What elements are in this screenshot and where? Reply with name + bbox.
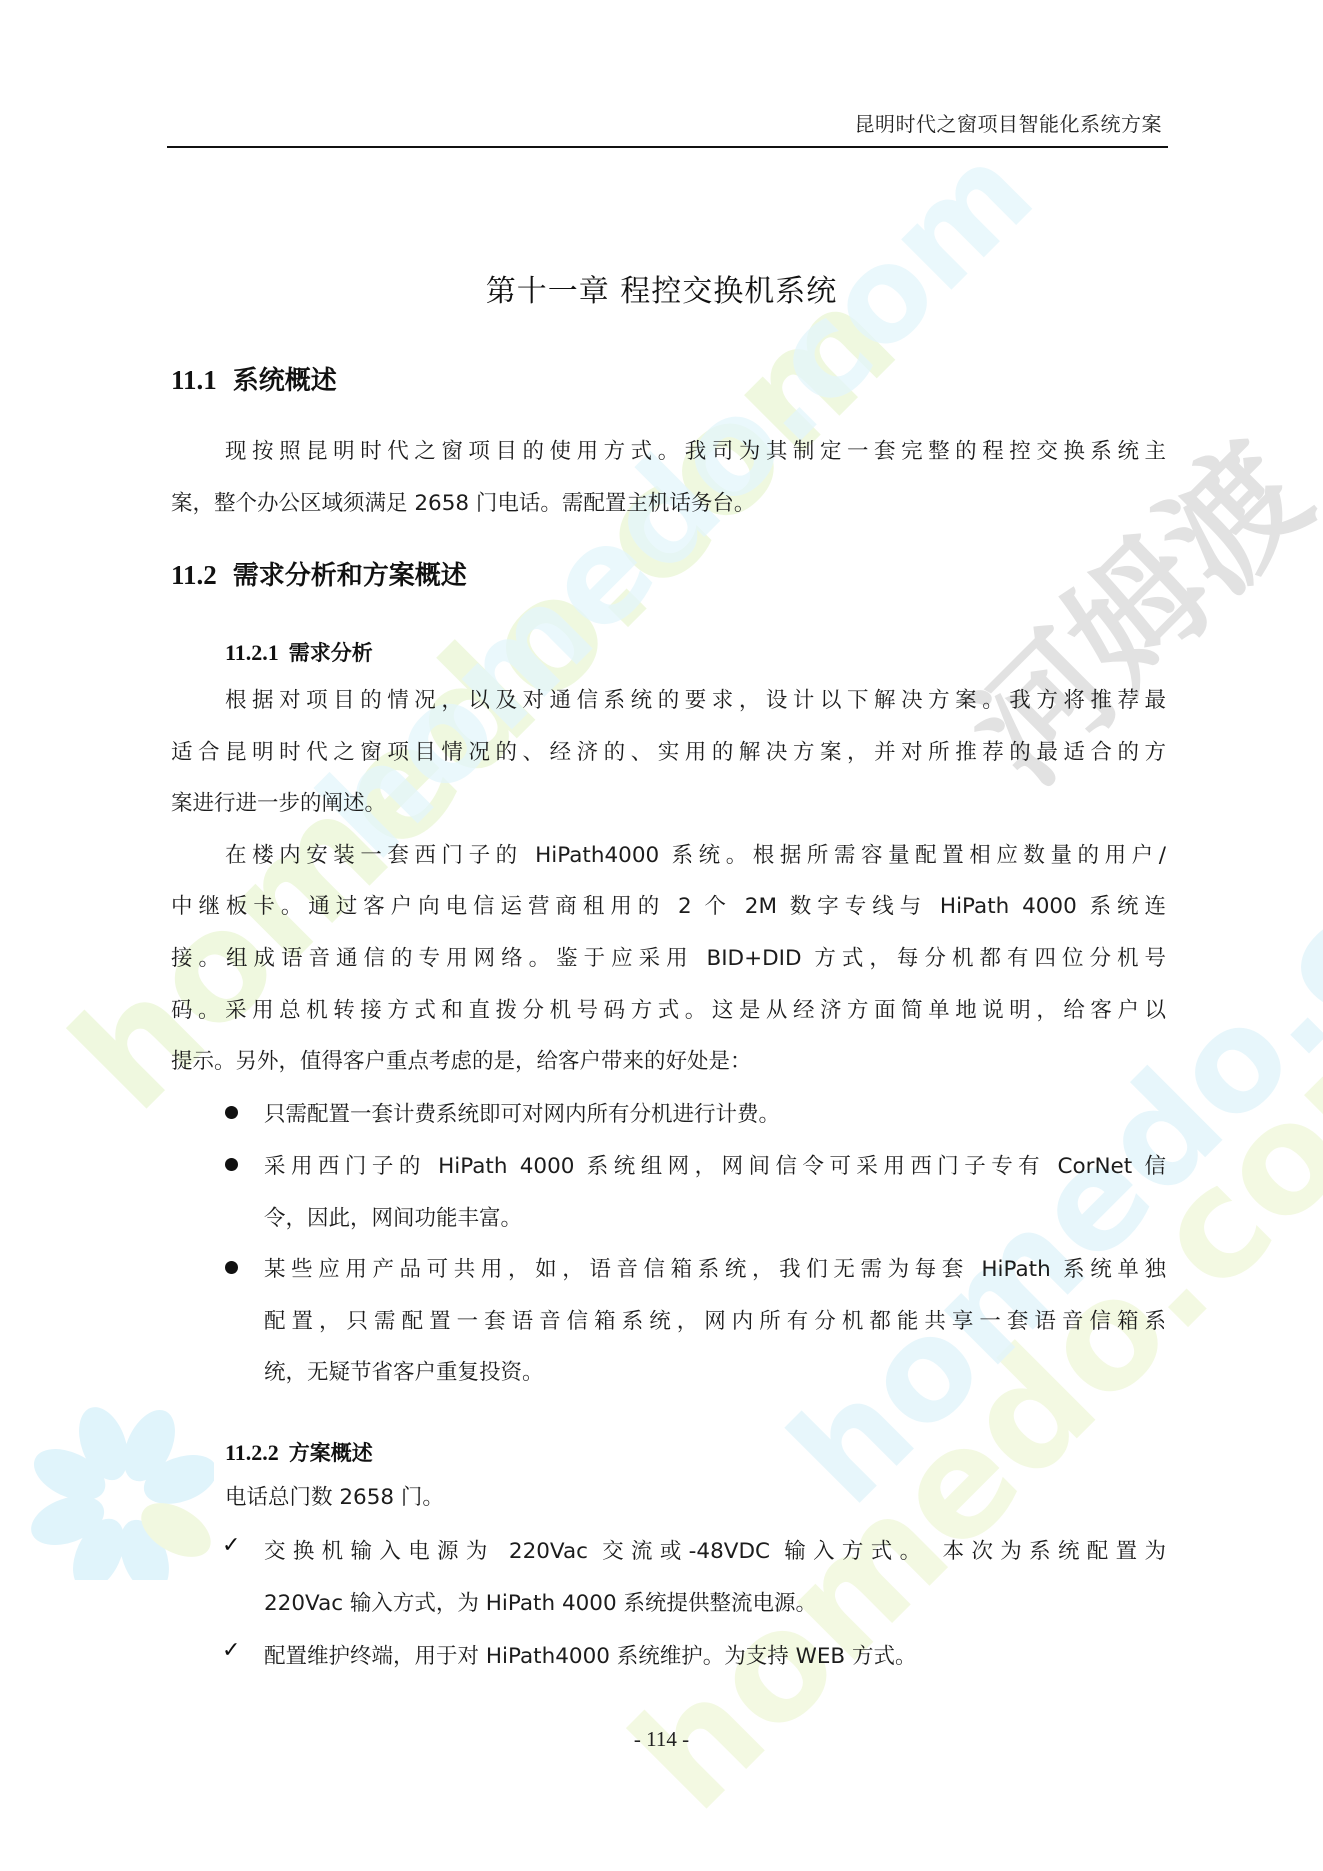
bullet-icon [225,1106,238,1119]
check-item-continuation: 220Vac 输入方式，为 HiPath 4000 系统提供整流电源。 [264,1586,1166,1617]
paragraph-line: 中继板卡。通过客户向电信运营商租用的 2 个 2M 数字专线与 HiPath 4… [171,889,1166,920]
subsection-number: 11.2.2 [225,1440,279,1465]
bullet-item: 采用西门子的 HiPath 4000 系统组网，网间信令可采用西门子专有 Cor… [264,1149,1166,1180]
checkmark-icon: ✓ [222,1533,240,1558]
subsection-number: 11.2.1 [225,640,279,665]
check-item: 交换机输入电源为 220Vac 交流或-48VDC 输入方式。 本次为系统配置为 [264,1534,1166,1565]
section-heading-11-2: 11.2需求分析和方案概述 [171,555,467,592]
subsection-title: 需求分析 [289,641,373,665]
section-number: 11.2 [171,560,217,590]
bullet-item: 某些应用产品可共用，如，语音信箱系统，我们无需为每套 HiPath 系统单独 [264,1252,1166,1283]
header-title: 昆明时代之窗项目智能化系统方案 [855,108,1163,137]
paragraph-line: 在楼内安装一套西门子的 HiPath4000 系统。根据所需容量配置相应数量的用… [225,838,1166,869]
bullet-item-continuation: 统，无疑节省客户重复投资。 [264,1355,1166,1386]
paragraph-line: 案进行进一步的阐述。 [171,786,1166,817]
subsection-heading-11-2-2: 11.2.2方案概述 [225,1437,373,1467]
subsection-heading-11-2-1: 11.2.1需求分析 [225,637,373,667]
section-number: 11.1 [171,365,217,395]
paragraph-line: 提示。另外，值得客户重点考虑的是，给客户带来的好处是： [171,1044,1166,1075]
paragraph-line: 现按照昆明时代之窗项目的使用方式。我司为其制定一套完整的程控交换系统主 [225,434,1166,465]
bullet-item: 只需配置一套计费系统即可对网内所有分机进行计费。 [264,1097,1166,1128]
paragraph-line: 码。采用总机转接方式和直拨分机号码方式。这是从经济方面简单地说明，给客户以 [171,993,1166,1024]
check-item: 配置维护终端，用于对 HiPath4000 系统维护。为支持 WEB 方式。 [264,1639,1166,1670]
page-number: - 114 - [0,1727,1323,1752]
section-title: 需求分析和方案概述 [233,561,467,591]
paragraph-line: 适合昆明时代之窗项目情况的、经济的、实用的解决方案，并对所推荐的最适合的方 [171,735,1166,766]
paragraph-line: 电话总门数 2658 门。 [225,1480,1166,1511]
bullet-item-continuation: 令，因此，网间功能丰富。 [264,1201,1166,1232]
bullet-item-continuation: 配置，只需配置一套语音信箱系统，网内所有分机都能共享一套语音信箱系 [264,1304,1166,1335]
paragraph-line: 案，整个办公区域须满足 2658 门电话。需配置主机话务台。 [171,486,1166,517]
bullet-icon [225,1261,238,1274]
watermark-text: homedo.com [600,954,1323,1843]
chapter-title: 第十一章 程控交换机系统 [0,266,1323,310]
paragraph-line: 根据对项目的情况，以及对通信系统的要求，设计以下解决方案。我方将推荐最 [225,683,1166,714]
section-heading-11-1: 11.1系统概述 [171,360,337,397]
watermark-flower-icon [14,1380,214,1580]
paragraph-line: 接。组成语音通信的专用网络。鉴于应采用 BID+DID 方式，每分机都有四位分机… [171,941,1166,972]
section-title: 系统概述 [233,366,337,396]
subsection-title: 方案概述 [289,1441,373,1465]
checkmark-icon: ✓ [222,1638,240,1663]
page-header: 昆明时代之窗项目智能化系统方案 [167,106,1168,148]
bullet-icon [225,1158,238,1171]
